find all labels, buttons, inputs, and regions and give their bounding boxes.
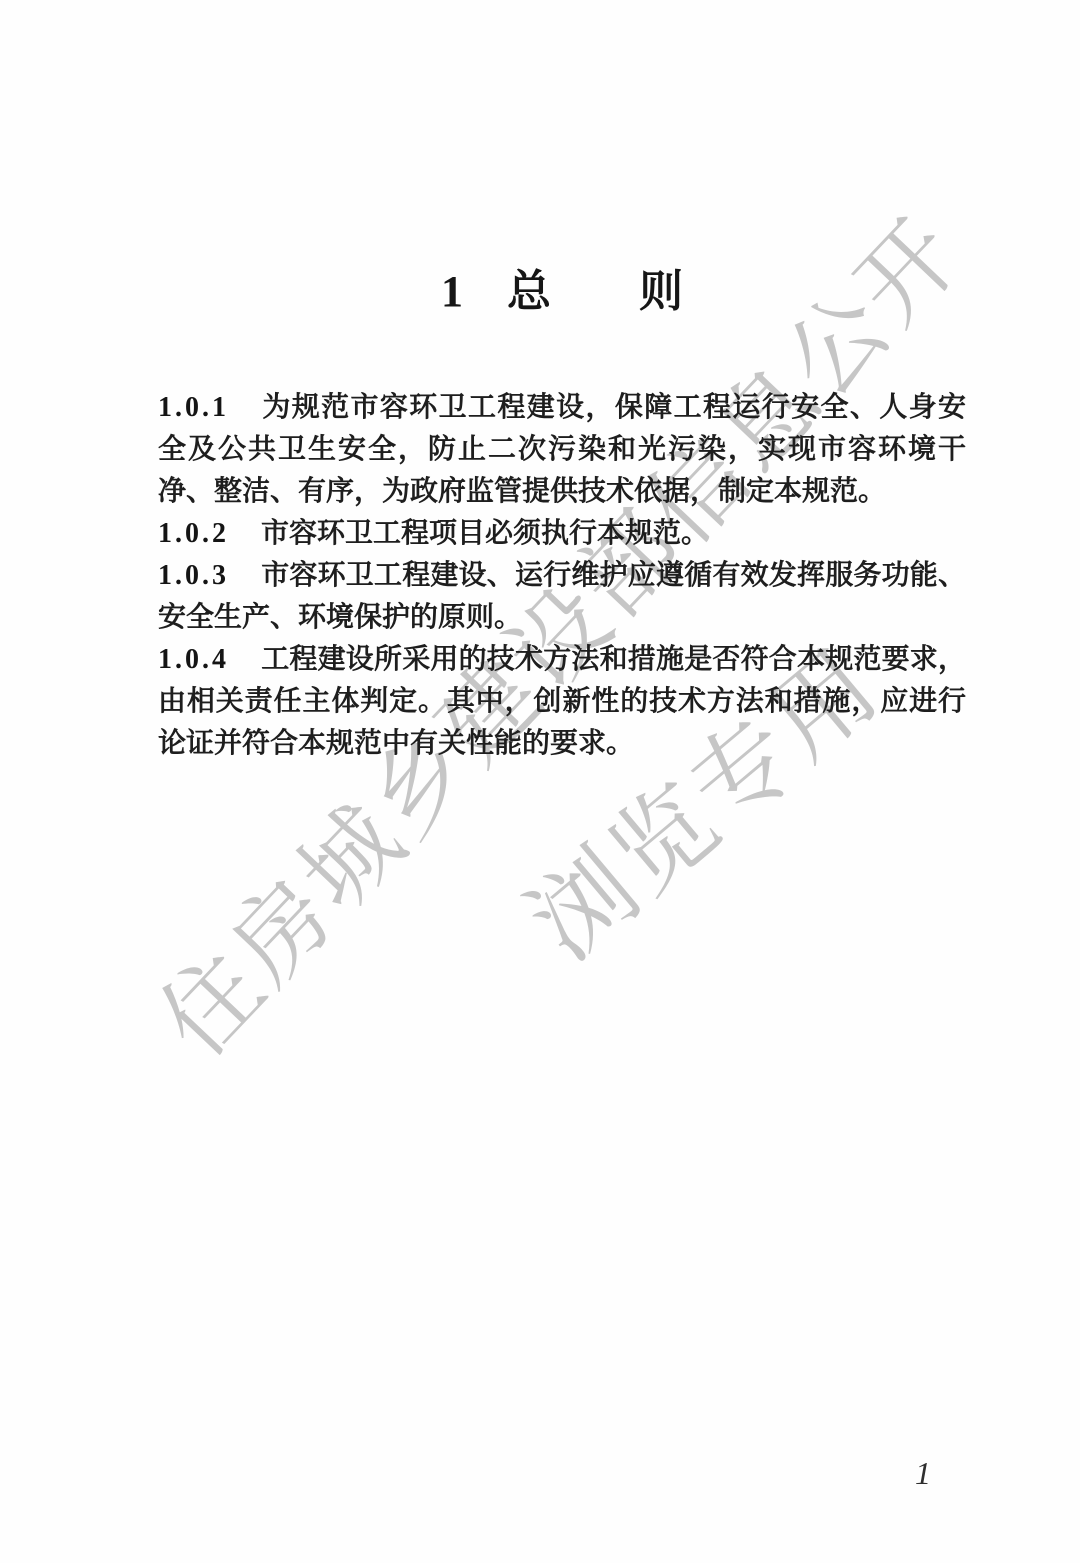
clause-text: 市容环卫工程项目必须执行本规范。 (261, 518, 709, 549)
clause-number: 1.0.3 (158, 560, 229, 591)
clause-line: 1.0.2市容环卫工程项目必须执行本规范。 (158, 513, 966, 555)
clause-number: 1.0.1 (158, 392, 229, 423)
clause-line: 净、整洁、有序，为政府监管提供技术依据，制定本规范。 (158, 471, 966, 513)
clause-line: 1.0.1为规范市容环卫工程建设，保障工程运行安全、人身安 (158, 387, 966, 429)
clause-1-0-1: 1.0.1为规范市容环卫工程建设，保障工程运行安全、人身安 全及公共卫生安全，防… (158, 387, 966, 513)
text-column: 1 总 则 1.0.1为规范市容环卫工程建设，保障工程运行安全、人身安 全及公共… (158, 267, 966, 765)
page-number: 1 (915, 1455, 931, 1492)
clause-1-0-4: 1.0.4工程建设所采用的技术方法和措施是否符合本规范要求， 由相关责任主体判定… (158, 639, 966, 765)
clause-1-0-2: 1.0.2市容环卫工程项目必须执行本规范。 (158, 513, 966, 555)
clause-number: 1.0.4 (158, 644, 229, 675)
clause-text: 市容环卫工程建设、运行维护应遵循有效发挥服务功能、 (261, 560, 966, 591)
clause-text: 工程建设所采用的技术方法和措施是否符合本规范要求， (261, 644, 966, 675)
clause-line: 论证并符合本规范中有关性能的要求。 (158, 723, 966, 765)
clause-line: 由相关责任主体判定。其中，创新性的技术方法和措施，应进行 (158, 681, 966, 723)
clause-number: 1.0.2 (158, 518, 229, 549)
clause-1-0-3: 1.0.3市容环卫工程建设、运行维护应遵循有效发挥服务功能、 安全生产、环境保护… (158, 555, 966, 639)
chapter-title: 1 总 则 (158, 267, 966, 317)
clause-list: 1.0.1为规范市容环卫工程建设，保障工程运行安全、人身安 全及公共卫生安全，防… (158, 387, 966, 765)
clause-text: 为规范市容环卫工程建设，保障工程运行安全、人身安 (261, 392, 966, 423)
clause-line: 安全生产、环境保护的原则。 (158, 597, 966, 639)
clause-line: 1.0.4工程建设所采用的技术方法和措施是否符合本规范要求， (158, 639, 966, 681)
clause-line: 1.0.3市容环卫工程建设、运行维护应遵循有效发挥服务功能、 (158, 555, 966, 597)
clause-line: 全及公共卫生安全，防止二次污染和光污染，实现市容环境干 (158, 429, 966, 471)
document-page: 住房城乡建设部信息公开 浏览专用 1 总 则 1.0.1为规范市容环卫工程建设，… (0, 0, 1080, 1563)
